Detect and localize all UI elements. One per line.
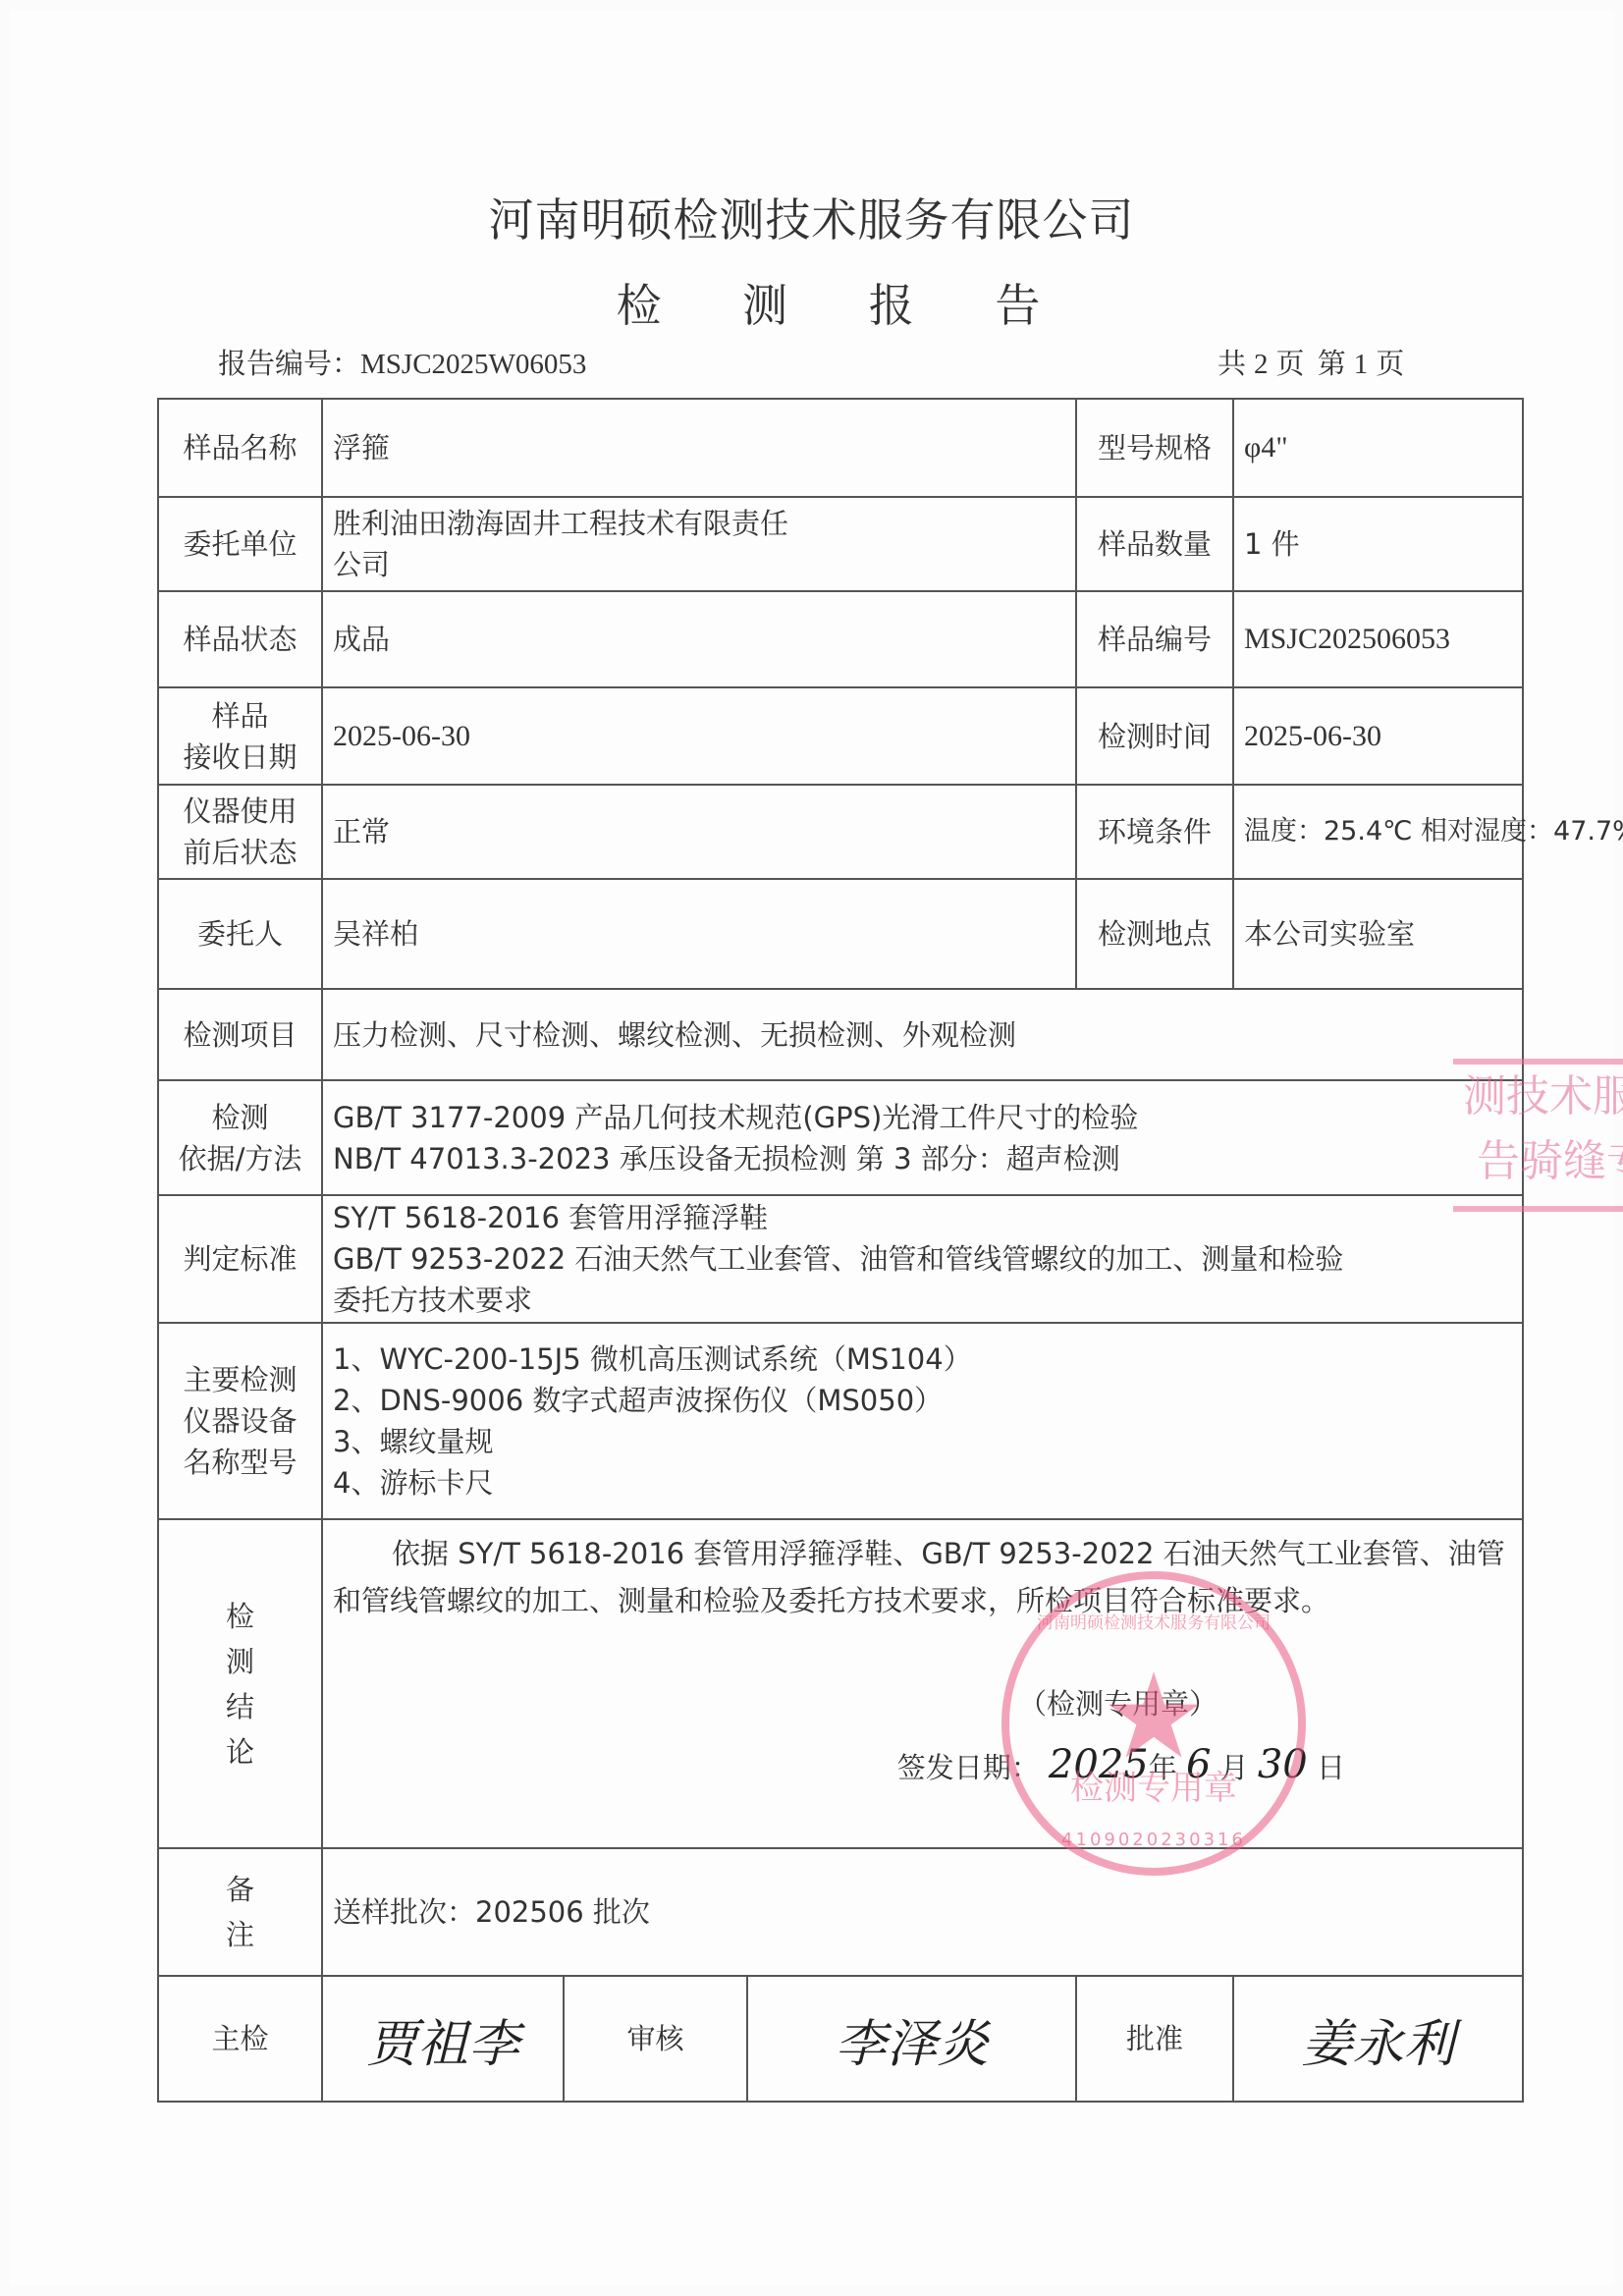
test-date-value: 2025-06-30 <box>1233 687 1523 785</box>
row-receive-date: 样品 接收日期 2025-06-30 检测时间 2025-06-30 <box>158 687 1523 785</box>
sample-status-label: 样品状态 <box>158 591 322 687</box>
report-number-value: MSJC2025W06053 <box>360 349 586 380</box>
model-spec-value: φ4" <box>1233 399 1523 497</box>
inspector-label: 主检 <box>158 1976 322 2102</box>
test-basis-line: NB/T 47013.3-2023 承压设备无损检测 第 3 部分：超声检测 <box>333 1138 1512 1179</box>
row-test-items: 检测项目 压力检测、尺寸检测、螺纹检测、无损检测、外观检测 <box>158 989 1523 1080</box>
report-table: 样品名称 浮箍 型号规格 φ4" 委托单位 胜利油田渤海固井工程技术有限责任 公… <box>157 398 1524 2103</box>
reviewer-label: 审核 <box>564 1976 747 2102</box>
instrument-status-label-line2: 前后状态 <box>169 832 311 873</box>
client-value: 胜利油田渤海固井工程技术有限责任 公司 <box>322 497 1076 591</box>
receive-date-value: 2025-06-30 <box>322 687 1076 785</box>
equipment-value: 1、WYC-200-15J5 微机高压测试系统（MS104） 2、DNS-900… <box>322 1323 1523 1519</box>
page-info: 共2页 第1页 <box>1217 342 1406 382</box>
equipment-item: 2、DNS-9006 数字式超声波探伤仪（MS050） <box>333 1380 1512 1421</box>
row-client: 委托单位 胜利油田渤海固井工程技术有限责任 公司 样品数量 1 件 <box>158 497 1523 591</box>
issue-day: 30 <box>1258 1742 1308 1787</box>
conclusion-label: 检 测 结 论 <box>158 1519 322 1848</box>
environment-label: 环境条件 <box>1076 785 1233 879</box>
receive-date-label: 样品 接收日期 <box>158 687 322 785</box>
sample-no-value: MSJC202506053 <box>1233 591 1523 687</box>
seam-stamp-line2: 告骑缝专 <box>1463 1129 1623 1194</box>
conclusion-value: 依据 SY/T 5618-2016 套管用浮箍浮鞋、GB/T 9253-2022… <box>322 1519 1523 1848</box>
reviewer-signature: 李泽炎 <box>747 1976 1076 2102</box>
environment-value: 温度：25.4℃ 相对湿度：47.7% <box>1233 785 1523 879</box>
report-number: 报告编号：MSJC2025W06053 <box>218 342 586 382</box>
company-name: 河南明硕检测技术服务有限公司 <box>0 185 1623 249</box>
seam-stamp: 测技术服务 告骑缝专 <box>1453 1059 1623 1212</box>
document-title: 检 测 报 告 <box>0 270 1623 335</box>
conclusion-label-char: 论 <box>226 1731 254 1773</box>
sample-name-label: 样品名称 <box>158 399 322 497</box>
issue-year: 2025 <box>1049 1742 1149 1787</box>
approver-label: 批准 <box>1076 1976 1233 2102</box>
row-sample-name: 样品名称 浮箍 型号规格 φ4" <box>158 399 1523 497</box>
page-current-suffix: 页 <box>1376 347 1406 380</box>
test-location-label: 检测地点 <box>1076 879 1233 989</box>
test-items-label: 检测项目 <box>158 989 322 1080</box>
issue-date: 签发日期： 2025年 6 月 30 日 <box>333 1744 1512 1788</box>
issue-date-label: 签发日期： <box>897 1751 1040 1784</box>
approver-signature: 姜永利 <box>1233 1976 1523 2102</box>
equipment-item: 1、WYC-200-15J5 微机高压测试系统（MS104） <box>333 1339 1512 1380</box>
model-spec-label: 型号规格 <box>1076 399 1233 497</box>
stamp-label: （检测专用章） <box>333 1683 1512 1724</box>
conclusion-label-char: 检 <box>226 1596 254 1637</box>
criteria-label: 判定标准 <box>158 1195 322 1323</box>
sample-qty-value: 1 件 <box>1233 497 1523 591</box>
test-location-value: 本公司实验室 <box>1233 879 1523 989</box>
criteria-line: SY/T 5618-2016 套管用浮箍浮鞋 <box>333 1197 1512 1238</box>
report-number-label: 报告编号： <box>218 347 360 380</box>
sample-name-value: 浮箍 <box>322 399 1076 497</box>
test-basis-label-line1: 检测 <box>169 1097 311 1138</box>
row-instrument-status: 仪器使用 前后状态 正常 环境条件 温度：25.4℃ 相对湿度：47.7% <box>158 785 1523 879</box>
page-total-suffix: 页 第 <box>1276 347 1348 380</box>
remarks-label-char: 注 <box>226 1914 254 1955</box>
remarks-value: 送样批次：202506 批次 <box>322 1848 1523 1976</box>
row-equipment: 主要检测 仪器设备 名称型号 1、WYC-200-15J5 微机高压测试系统（M… <box>158 1323 1523 1519</box>
sample-qty-label: 样品数量 <box>1076 497 1233 591</box>
client-person-label: 委托人 <box>158 879 322 989</box>
issue-month-suffix: 月 <box>1220 1751 1249 1784</box>
sample-status-value: 成品 <box>322 591 1076 687</box>
row-client-person: 委托人 吴祥柏 检测地点 本公司实验室 <box>158 879 1523 989</box>
page-total-prefix: 共 <box>1217 347 1248 380</box>
test-date-label: 检测时间 <box>1076 687 1233 785</box>
issue-year-suffix: 年 <box>1149 1751 1177 1784</box>
row-conclusion: 检 测 结 论 依据 SY/T 5618-2016 套管用浮箍浮鞋、GB/T 9… <box>158 1519 1523 1848</box>
row-sample-status: 样品状态 成品 样品编号 MSJC202506053 <box>158 591 1523 687</box>
seam-stamp-line1: 测技术服务 <box>1463 1065 1623 1129</box>
remarks-label-char: 备 <box>226 1869 254 1910</box>
receive-date-label-line2: 接收日期 <box>169 737 311 778</box>
conclusion-label-char: 结 <box>226 1686 254 1727</box>
equipment-label-line1: 主要检测 <box>169 1359 311 1400</box>
page-current: 1 <box>1354 349 1371 380</box>
equipment-label-line2: 仪器设备 <box>169 1400 311 1442</box>
test-basis-label-line2: 依据/方法 <box>169 1138 311 1179</box>
issue-month: 6 <box>1186 1742 1211 1787</box>
row-signatures: 主检 贾祖李 审核 李泽炎 批准 姜永利 <box>158 1976 1523 2102</box>
issue-day-suffix: 日 <box>1317 1751 1345 1784</box>
remarks-label: 备 注 <box>158 1848 322 1976</box>
equipment-item: 4、游标卡尺 <box>333 1462 1512 1503</box>
row-remarks: 备 注 送样批次：202506 批次 <box>158 1848 1523 1976</box>
sample-no-label: 样品编号 <box>1076 591 1233 687</box>
equipment-item: 3、螺纹量规 <box>333 1421 1512 1462</box>
test-items-value: 压力检测、尺寸检测、螺纹检测、无损检测、外观检测 <box>322 989 1523 1080</box>
conclusion-text: 依据 SY/T 5618-2016 套管用浮箍浮鞋、GB/T 9253-2022… <box>333 1520 1512 1624</box>
page-total: 2 <box>1254 349 1271 380</box>
criteria-value: SY/T 5618-2016 套管用浮箍浮鞋 GB/T 9253-2022 石油… <box>322 1195 1523 1323</box>
test-basis-label: 检测 依据/方法 <box>158 1080 322 1195</box>
client-value-line1: 胜利油田渤海固井工程技术有限责任 <box>333 503 1065 544</box>
client-value-line2: 公司 <box>333 544 1065 585</box>
instrument-status-label-line1: 仪器使用 <box>169 791 311 832</box>
criteria-line: 委托方技术要求 <box>333 1280 1512 1321</box>
equipment-label: 主要检测 仪器设备 名称型号 <box>158 1323 322 1519</box>
client-person-value: 吴祥柏 <box>322 879 1076 989</box>
criteria-line: GB/T 9253-2022 石油天然气工业套管、油管和管线管螺纹的加工、测量和… <box>333 1238 1512 1280</box>
test-basis-value: GB/T 3177-2009 产品几何技术规范(GPS)光滑工件尺寸的检验 NB… <box>322 1080 1523 1195</box>
receive-date-label-line1: 样品 <box>169 695 311 737</box>
instrument-status-label: 仪器使用 前后状态 <box>158 785 322 879</box>
conclusion-label-char: 测 <box>226 1641 254 1682</box>
row-criteria: 判定标准 SY/T 5618-2016 套管用浮箍浮鞋 GB/T 9253-20… <box>158 1195 1523 1323</box>
client-label: 委托单位 <box>158 497 322 591</box>
instrument-status-value: 正常 <box>322 785 1076 879</box>
equipment-label-line3: 名称型号 <box>169 1442 311 1483</box>
test-basis-line: GB/T 3177-2009 产品几何技术规范(GPS)光滑工件尺寸的检验 <box>333 1097 1512 1138</box>
row-test-basis: 检测 依据/方法 GB/T 3177-2009 产品几何技术规范(GPS)光滑工… <box>158 1080 1523 1195</box>
inspector-signature: 贾祖李 <box>322 1976 564 2102</box>
